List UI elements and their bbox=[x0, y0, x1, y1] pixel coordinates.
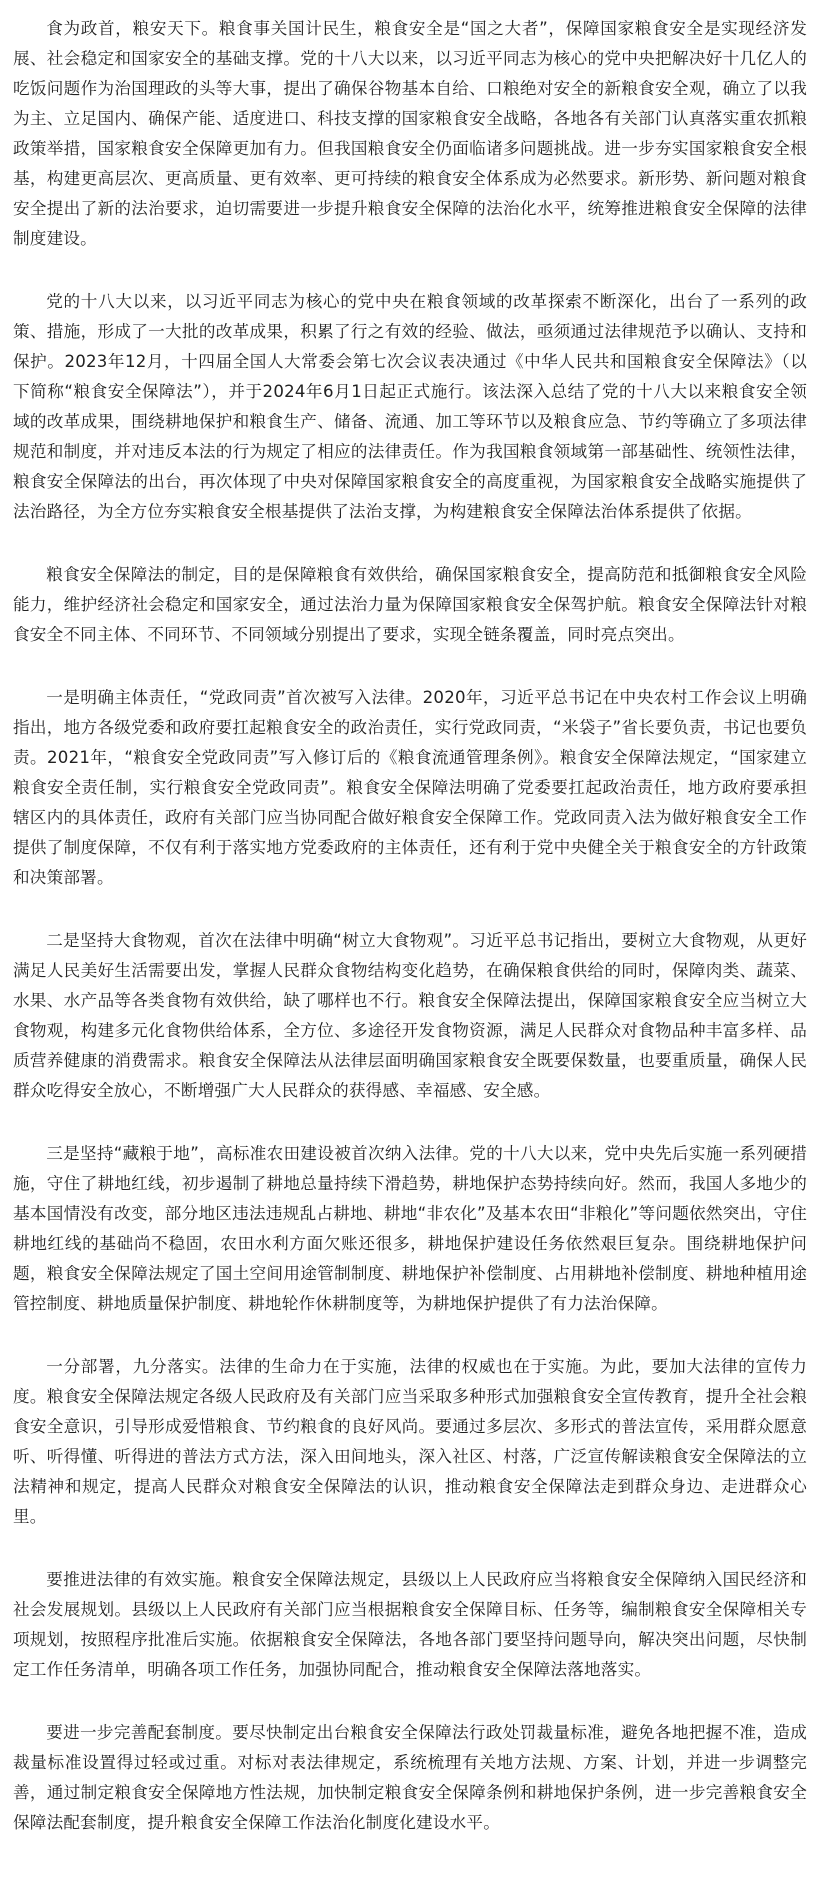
paragraph-intro: 食为政首，粮安天下。粮食事关国计民生，粮食安全是“国之大者”，保障国家粮食安全是… bbox=[13, 14, 807, 254]
paragraph-supporting-systems: 要进一步完善配套制度。要尽快制定出台粮食安全保障法行政处罚裁量标准，避免各地把握… bbox=[13, 1718, 807, 1838]
paragraph-highlight-food-view: 二是坚持大食物观，首次在法律中明确“树立大食物观”。习近平总书记指出，要树立大食… bbox=[13, 926, 807, 1106]
paragraph-implementation-publicity: 一分部署，九分落实。法律的生命力在于实施，法律的权威也在于实施。为此，要加大法律… bbox=[13, 1352, 807, 1532]
paragraph-implementation-effective: 要推进法律的有效实施。粮食安全保障法规定，县级以上人民政府应当将粮食安全保障纳入… bbox=[13, 1565, 807, 1685]
paragraph-highlight-farmland: 三是坚持“藏粮于地”，高标准农田建设被首次纳入法律。党的十八大以来，党中央先后实… bbox=[13, 1139, 807, 1319]
paragraph-highlight-responsibility: 一是明确主体责任，“党政同责”首次被写入法律。2020年，习近平总书记在中央农村… bbox=[13, 683, 807, 893]
paragraph-law-purpose: 粮食安全保障法的制定，目的是保障粮食有效供给，确保国家粮食安全，提高防范和抵御粮… bbox=[13, 560, 807, 650]
paragraph-law-passage: 党的十八大以来，以习近平同志为核心的党中央在粮食领域的改革探索不断深化，出台了一… bbox=[13, 287, 807, 527]
article-body: 食为政首，粮安天下。粮食事关国计民生，粮食安全是“国之大者”，保障国家粮食安全是… bbox=[0, 0, 817, 1838]
